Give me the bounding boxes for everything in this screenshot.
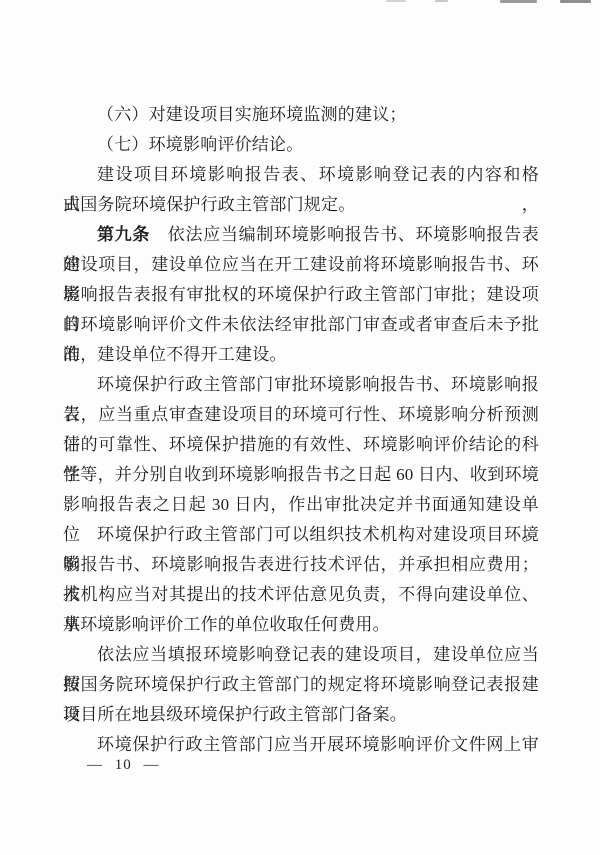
text-line: （七）环境影响评价结论。 [63, 130, 539, 160]
text-block: （六）对建设项目实施环境监测的建议；（七）环境影响评价结论。建设项目环境影响报告… [63, 100, 539, 760]
text-line: 的环境影响评价文件未依法经审批部门审查或者审查后未予批准 [63, 310, 539, 340]
text-line: 响报告书、环境影响报告表进行技术评估，并承担相应费用；技 [63, 550, 539, 580]
text-line: 依法应当填报环境影响登记表的建设项目，建设单位应当按 [63, 640, 539, 670]
page-footer: — 10 — [87, 754, 160, 776]
text-line: 影响报告表之日起 30 日内，作出审批决定并书面通知建设单位。 [63, 490, 539, 520]
text-line: 照国务院环境保护行政主管部门的规定将环境影响登记表报建设 [63, 670, 539, 700]
text-line: 环境保护行政主管部门审批环境影响报告书、环境影响报告 [63, 370, 539, 400]
text-line: 第九条 依法应当编制环境影响报告书、环境影响报告表的 [63, 220, 539, 250]
text-line: 影响报告表报有审批权的环境保护行政主管部门审批；建设项目 [63, 280, 539, 310]
scan-artifact [500, 0, 537, 3]
text-line: 估的可靠性、环境保护措施的有效性、环境影响评价结论的科学 [63, 430, 539, 460]
scan-artifact [435, 0, 448, 2]
text-line: 的，建设单位不得开工建设。 [63, 340, 539, 370]
text-line: （六）对建设项目实施环境监测的建议； [63, 100, 539, 130]
article-number: 第九条 [97, 225, 150, 244]
text-line: 事环境影响评价工作的单位收取任何费用。 [63, 610, 539, 640]
text-line: 术机构应当对其提出的技术评估意见负责，不得向建设单位、从 [63, 580, 539, 610]
text-line: 性等，并分别自收到环境影响报告书之日起 60 日内、收到环境 [63, 460, 539, 490]
scanned-document-page: （六）对建设项目实施环境监测的建议；（七）环境影响评价结论。建设项目环境影响报告… [0, 0, 600, 855]
text-line: 建设项目，建设单位应当在开工建设前将环境影响报告书、环境 [63, 250, 539, 280]
text-line: 建设项目环境影响报告表、环境影响登记表的内容和格式， [63, 160, 539, 190]
text-line: 表，应当重点审查建设项目的环境可行性、环境影响分析预测评 [63, 400, 539, 430]
text-line: 环境保护行政主管部门可以组织技术机构对建设项目环境影 [63, 520, 539, 550]
text-line: 项目所在地县级环境保护行政主管部门备案。 [63, 700, 539, 730]
scan-artifact [386, 0, 406, 2]
scan-artifact [560, 0, 591, 3]
